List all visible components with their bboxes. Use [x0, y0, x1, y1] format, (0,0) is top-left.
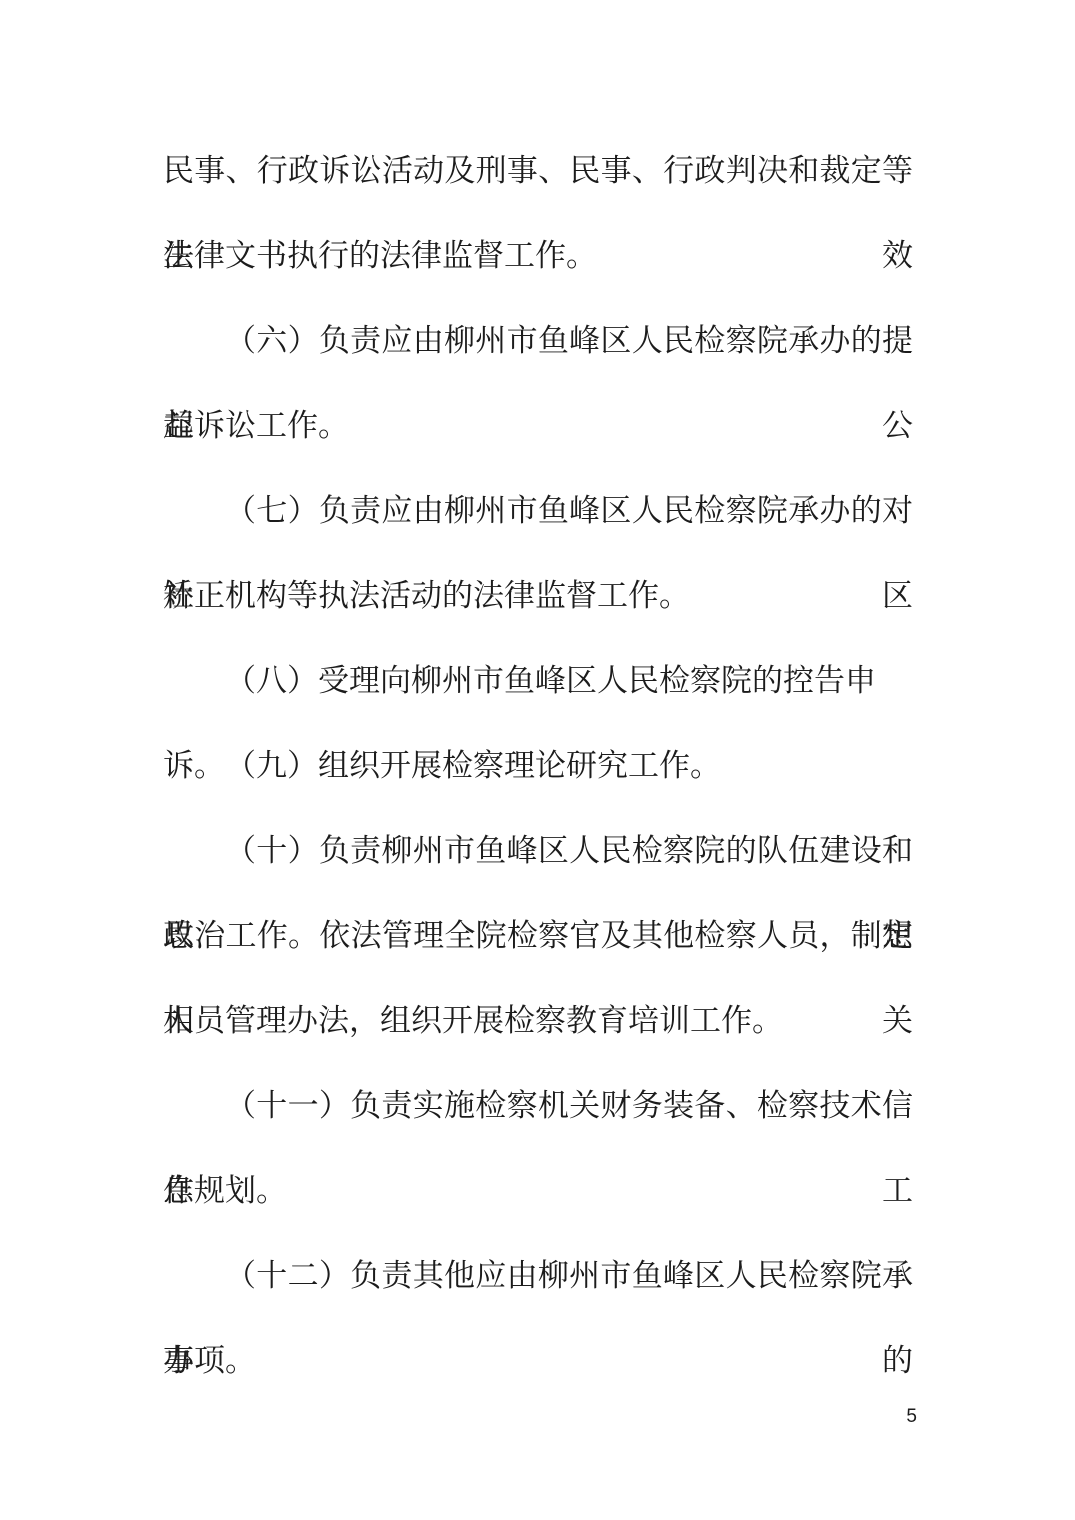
text-line: （六）负责应由柳州市鱼峰区人民检察院承办的提起公	[163, 298, 913, 383]
text-line: 民事、行政诉讼活动及刑事、民事、行政判决和裁定等生效	[163, 128, 913, 213]
document-page: 民事、行政诉讼活动及刑事、民事、行政判决和裁定等生效法律文书执行的法律监督工作。…	[0, 0, 1075, 1520]
document-body: 民事、行政诉讼活动及刑事、民事、行政判决和裁定等生效法律文书执行的法律监督工作。…	[163, 128, 913, 1403]
text-line: （十一）负责实施检察机关财务装备、检察技术信息工	[163, 1063, 913, 1148]
text-line: （十二）负责其他应由柳州市鱼峰区人民检察院承办的	[163, 1233, 913, 1318]
text-line: （七）负责应由柳州市鱼峰区人民检察院承办的对社区	[163, 468, 913, 553]
text-line: （八）受理向柳州市鱼峰区人民检察院的控告申诉。	[163, 638, 913, 723]
text-line: 政治工作。依法管理全院检察官及其他检察人员，制定相关	[163, 893, 913, 978]
text-line: （十）负责柳州市鱼峰区人民检察院的队伍建设和思想	[163, 808, 913, 893]
page-number: 5	[906, 1403, 917, 1431]
text-line: （九）组织开展检察理论研究工作。	[163, 723, 913, 808]
